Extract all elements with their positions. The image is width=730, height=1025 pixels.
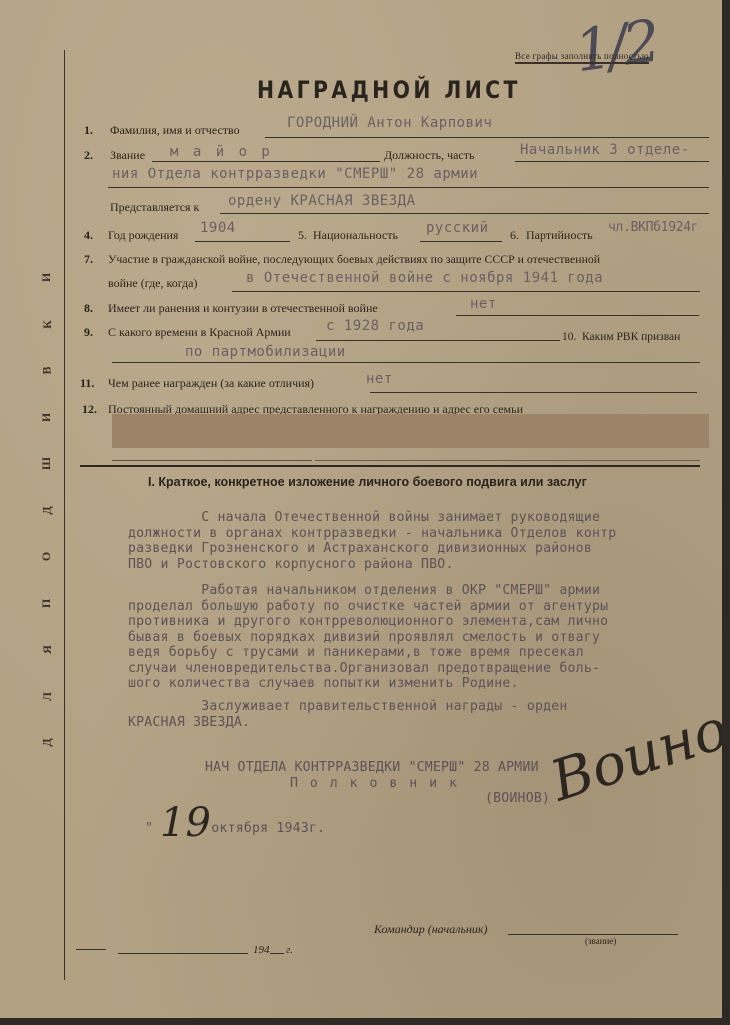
scan-edge-right [722, 0, 730, 1025]
margin-letter: В [39, 366, 54, 374]
field-number: 5. [298, 228, 307, 243]
year-prefix: 194 [253, 944, 270, 956]
commander-signature-line[interactable] [508, 934, 678, 935]
margin-letter: Д [39, 506, 54, 514]
field-label-position: Должность, часть [384, 148, 474, 163]
field-number: 7. [84, 252, 93, 267]
underline [515, 161, 709, 162]
field-label-nationality: Национальность [313, 228, 398, 243]
field-label-combat: Участие в гражданской войне, последующих… [108, 252, 600, 267]
underline [420, 241, 502, 242]
field-number: 1. [84, 123, 93, 138]
field-label-army-since: С какого времени в Красной Армии [108, 325, 291, 340]
margin-letter: Д [39, 738, 54, 746]
section-divider [80, 465, 700, 467]
redacted-address-block [112, 414, 709, 448]
field-number: 12. [82, 402, 97, 417]
field-label-party: Партийность [526, 228, 593, 243]
margin-letter: И [40, 273, 55, 282]
field-value-rvk: по партмобилизации [185, 344, 346, 360]
section-heading: I. Краткое, конкретное изложение личного… [148, 475, 587, 489]
field-value-nationality: русский [426, 220, 489, 236]
award-sheet-paper: Д Л Я П О Д Ш И В К И 1/2 Все графы запо… [0, 0, 722, 1018]
margin-letter: И [40, 412, 55, 421]
underline [108, 187, 709, 188]
margin-letter: К [39, 320, 54, 329]
underline [112, 362, 700, 363]
rank-caption: (звание) [585, 936, 616, 946]
field-value-combat: в Отечественной войне с ноября 1941 года [246, 270, 603, 286]
underline [232, 291, 700, 292]
field-value-wounds: нет [470, 296, 497, 312]
margin-letter: П [40, 598, 55, 607]
field-value-position: Начальник 3 отделе- [520, 142, 690, 158]
date-rest: " октября 1943г. [195, 821, 730, 837]
field-number: 4. [84, 228, 93, 243]
field-value-name: ГОРОДНИЙ Антон Карпович [287, 115, 492, 131]
field-value-prior-awards: нет [366, 371, 393, 387]
underline [315, 460, 700, 461]
narrative-paragraph-2: Работая начальником отделения в ОКР "СМЕ… [128, 583, 713, 692]
date-day-line[interactable] [76, 949, 106, 950]
underline [195, 241, 290, 242]
field-number: 11. [80, 376, 94, 391]
field-label-rvk-text: Каким РВК призван [582, 331, 680, 343]
underline [456, 315, 699, 316]
field-value-army-since: с 1928 года [326, 318, 424, 334]
handwritten-sheet-number: 1/2 [571, 7, 661, 86]
margin-rule [64, 50, 65, 980]
year-suffix: г. [286, 944, 293, 956]
field-label-name: Фамилия, имя и отчество [110, 123, 240, 138]
field-label-rvk: 10. [562, 331, 576, 343]
scan-edge-bottom [0, 1018, 730, 1025]
field-number: 8. [84, 301, 93, 316]
field-value-award: ордену КРАСНАЯ ЗВЕЗДА [228, 193, 416, 209]
underline [316, 340, 560, 341]
year-line[interactable] [270, 953, 284, 954]
field-label-prior-awards: Чем ранее награжден (за какие отличия) [108, 376, 314, 391]
date-month-line[interactable] [118, 953, 248, 954]
field-label-wounds: Имеет ли ранения и контузии в отечествен… [108, 301, 378, 316]
underline [152, 161, 380, 162]
underline [112, 460, 312, 461]
narrative-paragraph-1: С начала Отечественной войны занимает ру… [128, 510, 713, 572]
field-label-combat-cont: войне (где, когда) [108, 276, 197, 291]
document-title: НАГРАДНОЙ ЛИСТ [257, 76, 521, 104]
field-number: 2. [84, 148, 93, 163]
field-number: 9. [84, 325, 93, 340]
field-label-birth-year: Год рождения [108, 228, 178, 243]
underline [265, 137, 709, 138]
underline [370, 392, 697, 393]
margin-vertical-label: Д Л Я П О Д Ш И В К И [38, 270, 56, 750]
margin-letter: Л [39, 692, 54, 701]
fill-instruction: Все графы заполнять полностью [515, 51, 649, 64]
margin-letter: О [40, 552, 55, 561]
field-value-rank: м а й о р [170, 144, 273, 160]
field-label-presented: Представляется к [110, 200, 199, 215]
field-number: 6. [510, 228, 519, 243]
field-label-rank: Звание [110, 148, 145, 163]
underline [220, 213, 709, 214]
field-value-position-cont: ния Отдела контрразведки "СМЕРШ" 28 арми… [112, 166, 478, 182]
field-value-birth-year: 1904 [200, 220, 236, 236]
margin-letter: Я [39, 645, 54, 654]
field-value-party: чл.ВКПб1924г [608, 220, 698, 235]
commander-label: Командир (начальник) [374, 922, 488, 937]
margin-letter: Ш [40, 457, 55, 470]
